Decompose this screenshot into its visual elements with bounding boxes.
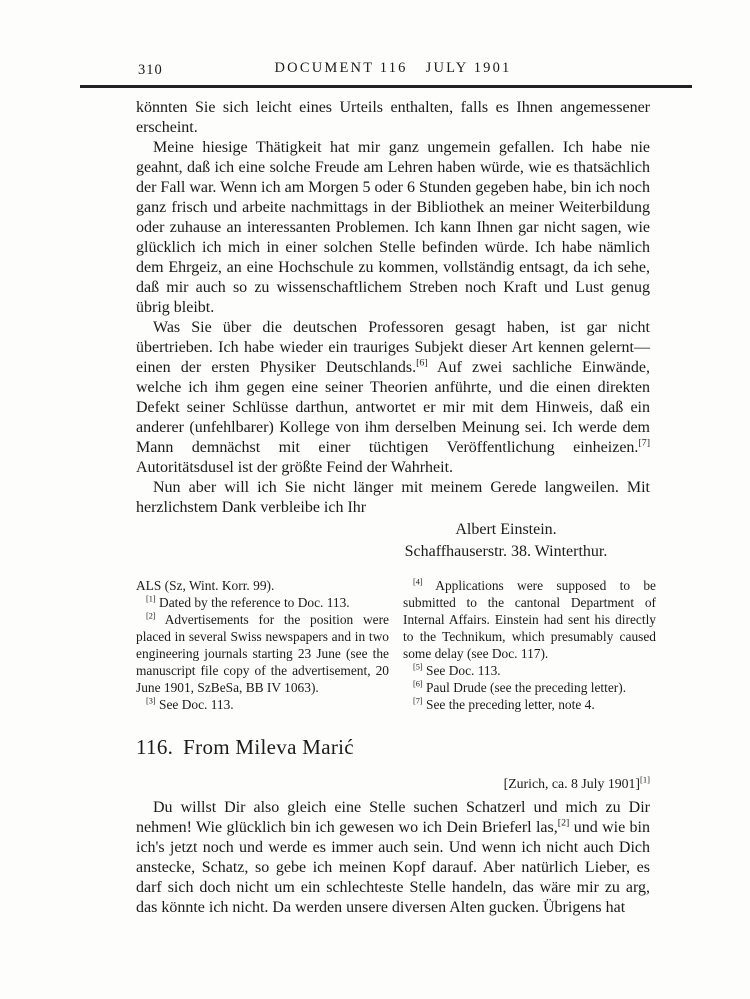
- signature-address: Schaffhauserstr. 38. Winterthur.: [361, 541, 651, 563]
- running-header: 310 DOCUMENT 116JULY 1901: [136, 60, 650, 84]
- letter-paragraph: Was Sie über die deutschen Professoren g…: [136, 318, 650, 478]
- footnote-source-line: ALS (Sz, Wint. Korr. 99).: [136, 577, 389, 594]
- footnote-4: [4] Applications were supposed to be sub…: [403, 577, 656, 662]
- running-header-title: DOCUMENT 116JULY 1901: [136, 60, 650, 77]
- header-rule-divider: [80, 85, 692, 88]
- book-page: 310 DOCUMENT 116JULY 1901 könnten Sie si…: [0, 0, 750, 999]
- signature-name: Albert Einstein.: [361, 519, 651, 541]
- header-date-label: JULY 1901: [426, 60, 512, 76]
- footnote-6: [6] Paul Drude (see the preceding letter…: [403, 679, 656, 696]
- footnote-3: [3] See Doc. 113.: [136, 696, 389, 713]
- letter-paragraph: Meine hiesige Thätigkeit hat mir ganz un…: [136, 138, 650, 318]
- document-title: From Mileva Marić: [183, 735, 354, 759]
- footnote-2: [2] Advertisements for the position were…: [136, 611, 389, 696]
- letter-paragraph: Nun aber will ich Sie nicht länger mit m…: [136, 478, 650, 518]
- signature-block: Albert Einstein. Schaffhauserstr. 38. Wi…: [361, 519, 651, 562]
- letter-body-doc-116: könnten Sie sich leicht eines Urteils en…: [136, 98, 650, 518]
- footnote-5: [5] See Doc. 113.: [403, 662, 656, 679]
- footnote-7: [7] See the preceding letter, note 4.: [403, 696, 656, 713]
- document-label: DOCUMENT 116: [274, 60, 407, 76]
- footnote-1: [1] Dated by the reference to Doc. 113.: [136, 594, 389, 611]
- letter-paragraph: Du willst Dir also gleich eine Stelle su…: [136, 798, 650, 918]
- footnotes-left-column: ALS (Sz, Wint. Korr. 99). [1] Dated by t…: [136, 577, 389, 713]
- letter-body-doc-117: Du willst Dir also gleich eine Stelle su…: [136, 798, 650, 918]
- dateline: [Zurich, ca. 8 July 1901][1]: [136, 776, 650, 792]
- footnotes-section: ALS (Sz, Wint. Korr. 99). [1] Dated by t…: [136, 577, 656, 713]
- document-117-heading: 116.From Mileva Marić: [136, 735, 650, 760]
- document-number: 116.: [136, 735, 173, 759]
- letter-paragraph: könnten Sie sich leicht eines Urteils en…: [136, 98, 650, 138]
- footnotes-right-column: [4] Applications were supposed to be sub…: [403, 577, 656, 713]
